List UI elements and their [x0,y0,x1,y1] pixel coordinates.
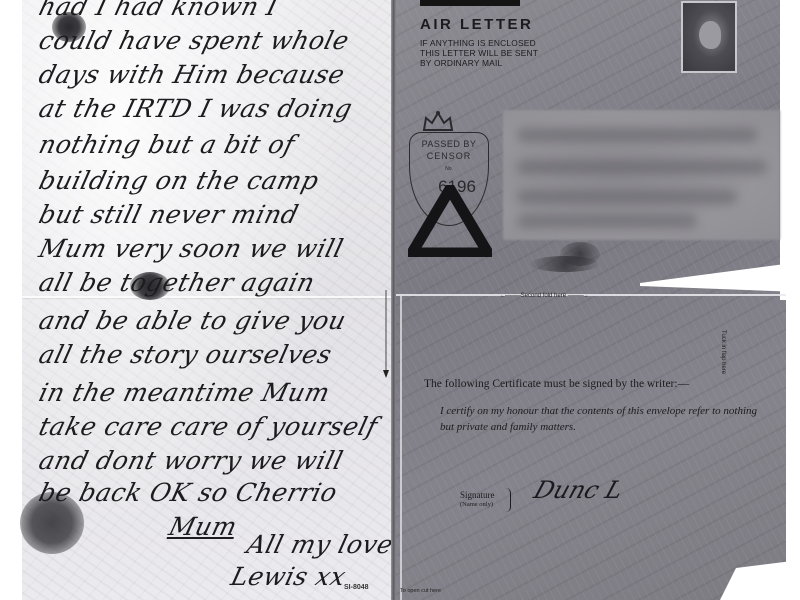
handwriting-line: could have spent whole [36,26,352,55]
certificate-heading: The following Certificate must be signed… [424,378,689,390]
handwriting-line: had I had known I [36,0,281,21]
handwriting-line: be back OK so Cherrio [36,478,340,507]
handwriting-line: take care care of yourself [36,412,381,441]
signature-label: Signature (Name only) [460,490,495,510]
postage-stamp [681,1,737,73]
second-fold-guide: ←——— Second fold here ———→ [500,293,588,299]
enclosure-notice: IF ANYTHING IS ENCLOSED THIS LETTER WILL… [420,38,550,68]
air-letter-envelope [396,0,786,600]
fold-crease [400,296,402,600]
handwriting-line: days with Him because [36,60,348,89]
signature-line: Lewis xx [228,562,349,591]
arrow-right-icon: ———→ [568,293,588,299]
arrow-down-icon [381,290,391,380]
stain [530,256,600,272]
form-code: SI-8048 [344,584,369,591]
signature-label-text: Signature [460,490,495,500]
handwriting-line: all the story ourselves [36,340,335,369]
censor-stamp-text: CENSOR [410,151,488,161]
handwriting-line: Mum very soon we will [36,234,347,263]
tuck-flap-guide: Tuck in flap here [720,330,726,374]
handwritten-letter-page: had I had known I could have spent whole… [0,0,392,600]
first-fold-guide [381,290,391,380]
second-fold-text: Second fold here [521,293,566,299]
signature-bracket [506,488,511,512]
handwriting-line: All my love [244,530,396,559]
handwriting-line: in the meantime Mum [36,378,333,407]
handwriting-line: but still never mind [36,200,302,229]
page-margin [0,0,22,600]
handwriting-line: building on the camp [36,166,322,195]
writer-signature: Dunc L [530,476,626,504]
king-portrait-icon [699,21,721,49]
handwriting-line: nothing but a bit of [36,130,298,159]
redacted-address-block [503,110,780,240]
airmail-banner [420,0,520,6]
fold-crease [396,294,786,296]
background-margin [780,0,800,300]
censor-stamp-text: No. [410,166,488,172]
handwriting-line: Mum [166,512,240,541]
signature-sublabel: (Name only) [460,500,495,510]
handwriting-line: all be together again [36,268,318,297]
arrow-left-icon: ←——— [500,293,521,299]
handwriting-line: at the IRTD I was doing [36,94,356,123]
open-cut-guide: To open cut here [400,588,441,594]
handwriting-line: and dont worry we will [36,446,346,475]
censor-stamp-text: PASSED BY [410,139,488,149]
certificate-statement: I certify on my honour that the contents… [440,403,760,435]
crown-icon [421,110,455,132]
triangle-mark-icon [408,185,492,257]
handwriting-line: and be able to give you [36,306,349,335]
air-letter-title: AIR LETTER [420,16,533,33]
